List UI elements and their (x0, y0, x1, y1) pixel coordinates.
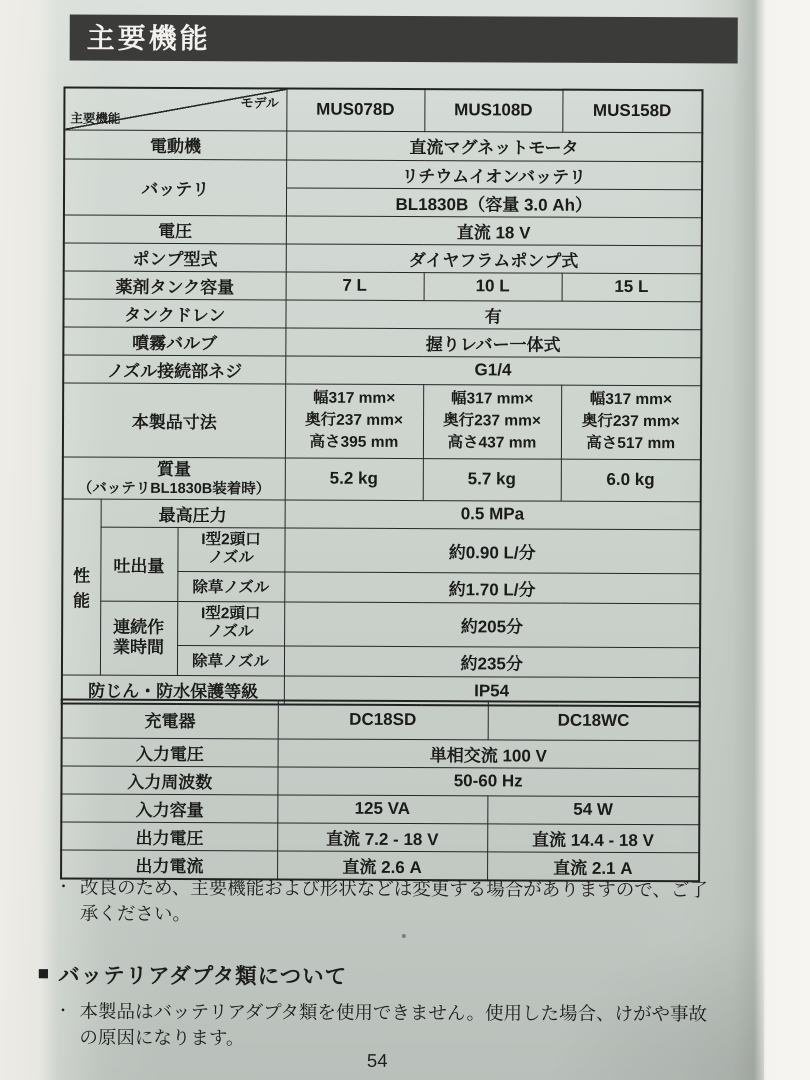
spec-row-value: BL1830B（容量 3.0 Ah） (286, 187, 702, 217)
model-corner-cell: モデル 主要機能 (64, 88, 286, 131)
table-row: ノズル接続部ネジ G1/4 (63, 355, 701, 386)
corner-model-label: モデル (241, 92, 279, 111)
dim-depth: 奥行237 mm× (427, 410, 558, 432)
page-content: 主要機能 モデル 主要機能 MUS078D MUS108D MUS158D 電動… (0, 0, 810, 1080)
table-row: 本製品寸法 幅317 mm× 奥行237 mm× 高さ395 mm 幅317 m… (63, 383, 701, 460)
dimensions-cell: 幅317 mm× 奥行237 mm× 高さ517 mm (561, 385, 701, 460)
model-header: MUS078D (286, 88, 424, 131)
nozzle-type-cell: 除草ノズル (177, 645, 284, 675)
dim-depth: 奥行237 mm× (564, 411, 697, 433)
charger-model-header: DC18WC (488, 701, 700, 740)
charger-row-value: 直流 7.2 - 18 V (277, 822, 487, 851)
spec-row-value: 直流 18 V (286, 215, 702, 245)
nozzle-type-cell: I型2頭口 ノズル (177, 527, 284, 571)
weight-label: 質量 (67, 458, 282, 480)
nozzle-label: ノズル (181, 549, 281, 568)
dim-height: 高さ395 mm (288, 431, 419, 453)
table-row: モデル 主要機能 MUS078D MUS108D MUS158D (64, 88, 702, 133)
table-row: 電圧 直流 18 V (64, 215, 702, 246)
discharge-group-label: 吐出量 (100, 527, 177, 601)
charger-row-label: 入力周波数 (61, 766, 277, 795)
spec-row-label: 本製品寸法 (63, 383, 285, 458)
table-row: 入力周波数 50-60 Hz (61, 766, 699, 797)
dim-height: 高さ437 mm (426, 432, 557, 454)
spec-table: モデル 主要機能 MUS078D MUS108D MUS158D 電動機 直流マ… (61, 87, 704, 708)
spec-row-value: 6.0 kg (561, 459, 701, 502)
spec-row-label: 噴霧バルブ (63, 327, 285, 356)
spec-row-label: ノズル接続部ネジ (63, 355, 285, 384)
manual-page-photo: 主要機能 モデル 主要機能 MUS078D MUS108D MUS158D 電動… (0, 0, 810, 1080)
charger-row-label: 入力容量 (61, 794, 277, 823)
bullet-marker: ・ (55, 998, 79, 1051)
model-header: MUS158D (562, 90, 702, 133)
spec-row-label: 最高圧力 (101, 499, 285, 528)
spec-row-value: 約235分 (284, 646, 700, 678)
table-row: タンクドレン 有 (63, 299, 701, 330)
runtime-label: 連続作 (104, 618, 174, 639)
table-row: 出力電圧 直流 7.2 - 18 V 直流 14.4 - 18 V (61, 822, 699, 853)
nozzle-type-cell: I型2頭口 ノズル (177, 601, 284, 645)
performance-group-label: 性能 (62, 499, 101, 675)
charger-row-label: 入力電圧 (62, 738, 278, 767)
spec-row-value: 15 L (562, 273, 702, 302)
spec-row-label: 電圧 (64, 215, 286, 244)
dimensions-cell: 幅317 mm× 奥行237 mm× 高さ437 mm (423, 384, 561, 459)
dim-height: 高さ517 mm (564, 433, 697, 455)
dim-width: 幅317 mm× (565, 389, 698, 411)
weight-sublabel: （バッテリBL1830B装着時） (67, 479, 282, 498)
spec-row-value: 5.7 kg (423, 458, 561, 501)
table-row: 入力容量 125 VA 54 W (61, 794, 699, 825)
square-bullet-icon: ■ (38, 963, 51, 985)
spec-row-value: G1/4 (285, 355, 701, 385)
spec-row-value: 約0.90 L/分 (284, 528, 700, 574)
nozzle-label: I型2頭口 (181, 531, 281, 550)
table-row: 吐出量 I型2頭口 ノズル 約0.90 L/分 (62, 527, 700, 574)
spec-row-value: 約1.70 L/分 (284, 572, 700, 604)
page-corner-shadow (544, 920, 764, 1080)
spec-row-label: タンクドレン (63, 299, 285, 328)
nozzle-type-cell: 除草ノズル (177, 571, 284, 601)
artifact-dot (402, 934, 406, 938)
spec-row-value: 0.5 MPa (285, 500, 701, 530)
dimensions-cell: 幅317 mm× 奥行237 mm× 高さ395 mm (285, 383, 423, 458)
dim-width: 幅317 mm× (289, 388, 420, 410)
charger-header-label: 充電器 (62, 700, 278, 739)
dim-width: 幅317 mm× (427, 389, 558, 411)
charger-row-value: 直流 14.4 - 18 V (487, 823, 699, 852)
charger-model-header: DC18SD (278, 700, 488, 739)
charger-row-value: 単相交流 100 V (278, 738, 700, 768)
spec-row-value: 直流マグネットモータ (286, 130, 702, 161)
charger-row-value: 54 W (487, 795, 699, 824)
spec-row-label: 薬剤タンク容量 (64, 271, 286, 300)
weight-label-cell: 質量 （バッテリBL1830B装着時） (63, 457, 285, 500)
spec-row-label: ポンプ型式 (64, 243, 286, 272)
spec-row-label: 電動機 (64, 130, 286, 160)
runtime-group-label: 連続作 業時間 (100, 601, 177, 675)
table-row: ポンプ型式 ダイヤフラムポンプ式 (64, 243, 702, 274)
spec-row-value: 7 L (286, 271, 424, 300)
spec-row-value: 5.2 kg (285, 457, 423, 500)
table-row: 噴霧バルブ 握りレバー一体式 (63, 327, 701, 358)
table-row: 入力電圧 単相交流 100 V (62, 738, 700, 769)
charger-row-label: 出力電圧 (61, 822, 277, 851)
charger-row-value: 125 VA (277, 794, 487, 823)
heading-text: バッテリアダプタ類について (58, 958, 347, 990)
spec-row-label: バッテリ (64, 159, 286, 216)
section-title-bar: 主要機能 (70, 15, 738, 64)
bullet-marker: ・ (56, 874, 80, 927)
spec-row-value: 約205分 (284, 602, 700, 648)
table-row: 電動機 直流マグネットモータ (64, 130, 702, 162)
nozzle-label: I型2頭口 (181, 605, 281, 624)
model-header: MUS108D (424, 89, 562, 132)
table-row: 充電器 DC18SD DC18WC (62, 700, 700, 741)
spec-row-value: 10 L (424, 272, 562, 301)
table-row: 性能 最高圧力 0.5 MPa (63, 499, 701, 530)
spec-row-value: 握りレバー一体式 (285, 327, 701, 357)
table-row: 薬剤タンク容量 7 L 10 L 15 L (64, 271, 702, 302)
dim-depth: 奥行237 mm× (289, 410, 420, 432)
spec-row-value: リチウムイオンバッテリ (286, 159, 702, 189)
runtime-label: 業時間 (104, 638, 174, 659)
charger-table: 充電器 DC18SD DC18WC 入力電圧 単相交流 100 V 入力周波数 … (60, 699, 701, 882)
table-row: 連続作 業時間 I型2頭口 ノズル 約205分 (62, 601, 700, 648)
table-row: 質量 （バッテリBL1830B装着時） 5.2 kg 5.7 kg 6.0 kg (63, 457, 701, 502)
spec-row-value: 有 (285, 299, 701, 329)
spec-row-value: ダイヤフラムポンプ式 (286, 243, 702, 273)
nozzle-label: ノズル (181, 623, 281, 642)
corner-function-label: 主要機能 (70, 108, 120, 126)
page-title: 主要機能 (87, 23, 211, 55)
table-row: バッテリ リチウムイオンバッテリ (64, 159, 702, 190)
charger-row-value: 50-60 Hz (277, 766, 699, 796)
